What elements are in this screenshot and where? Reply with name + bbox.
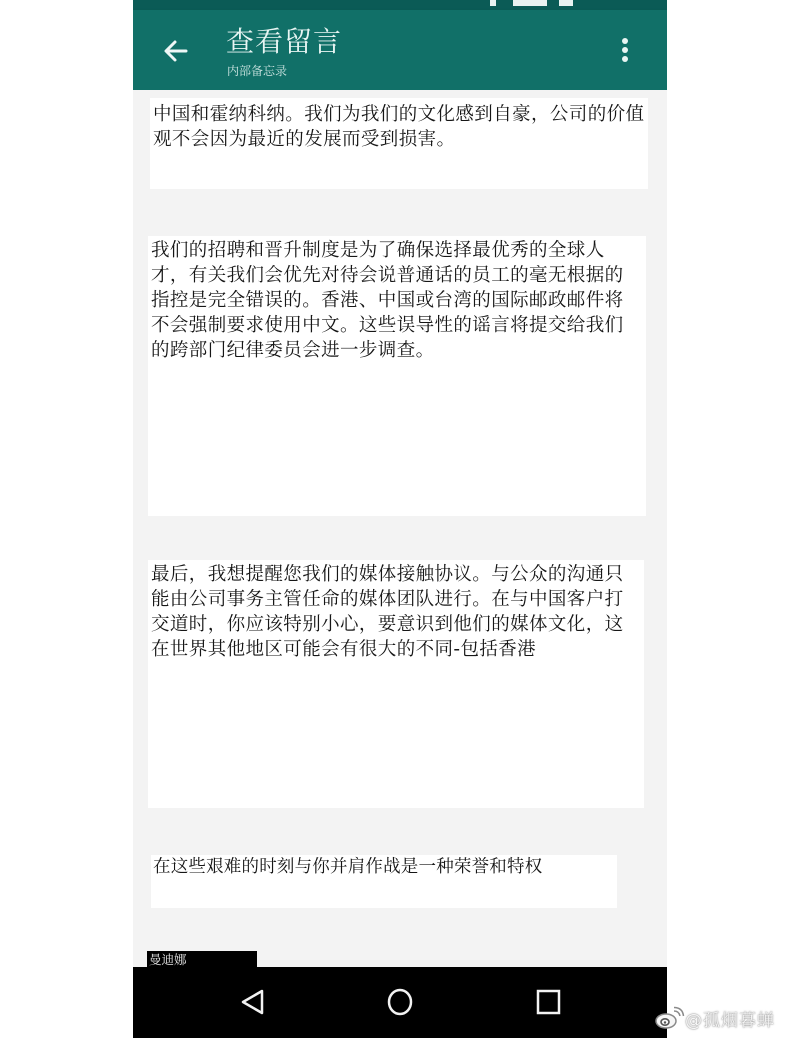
app-bar: 查看留言 内部备忘录	[133, 10, 667, 90]
back-button[interactable]	[161, 36, 191, 66]
square-recents-icon	[533, 987, 563, 1017]
phone-screen: 查看留言 内部备忘录 中国和霍纳科纳。我们为我们的文化感到自豪，公司的价值观不会…	[133, 0, 667, 1038]
signature: 曼迪娜	[147, 951, 257, 968]
message-text: 最后，我想提醒您我们的媒体接触协议。与公众的沟通只能由公司事务主管任命的媒体团队…	[148, 560, 644, 662]
message-text: 中国和霍纳科纳。我们为我们的文化感到自豪，公司的价值观不会因为最近的发展而受到损…	[150, 98, 648, 152]
more-options-button[interactable]	[617, 36, 633, 66]
circle-home-icon	[385, 987, 415, 1017]
battery-icon	[513, 0, 547, 6]
message-card: 我们的招聘和晋升制度是为了确保选择最优秀的全球人才，有关我们会优先对待会说普通话…	[148, 236, 646, 516]
weibo-icon	[655, 1006, 685, 1030]
navigation-bar	[133, 967, 667, 1038]
status-bar	[133, 0, 667, 10]
nav-back-button[interactable]	[237, 987, 267, 1017]
message-content[interactable]: 中国和霍纳科纳。我们为我们的文化感到自豪，公司的价值观不会因为最近的发展而受到损…	[133, 90, 667, 967]
triangle-back-icon	[237, 987, 267, 1017]
message-card: 中国和霍纳科纳。我们为我们的文化感到自豪，公司的价值观不会因为最近的发展而受到损…	[150, 98, 648, 189]
signal-icon	[490, 0, 496, 6]
clock-icon	[559, 0, 573, 6]
watermark: @孤烟暮蝉	[655, 1006, 775, 1030]
page-title: 查看留言	[226, 20, 342, 60]
arrow-left-icon	[161, 36, 191, 66]
nav-recents-button[interactable]	[533, 987, 563, 1017]
nav-home-button[interactable]	[385, 987, 415, 1017]
message-card: 最后，我想提醒您我们的媒体接触协议。与公众的沟通只能由公司事务主管任命的媒体团队…	[148, 560, 644, 808]
message-card: 在这些艰难的时刻与你并肩作战是一种荣誉和特权	[151, 855, 617, 908]
message-text: 在这些艰难的时刻与你并肩作战是一种荣誉和特权	[151, 855, 617, 880]
more-vert-icon	[622, 38, 628, 44]
page-subtitle: 内部备忘录	[227, 62, 287, 79]
message-text: 我们的招聘和晋升制度是为了确保选择最优秀的全球人才，有关我们会优先对待会说普通话…	[148, 236, 646, 363]
watermark-text: @孤烟暮蝉	[685, 1006, 775, 1031]
